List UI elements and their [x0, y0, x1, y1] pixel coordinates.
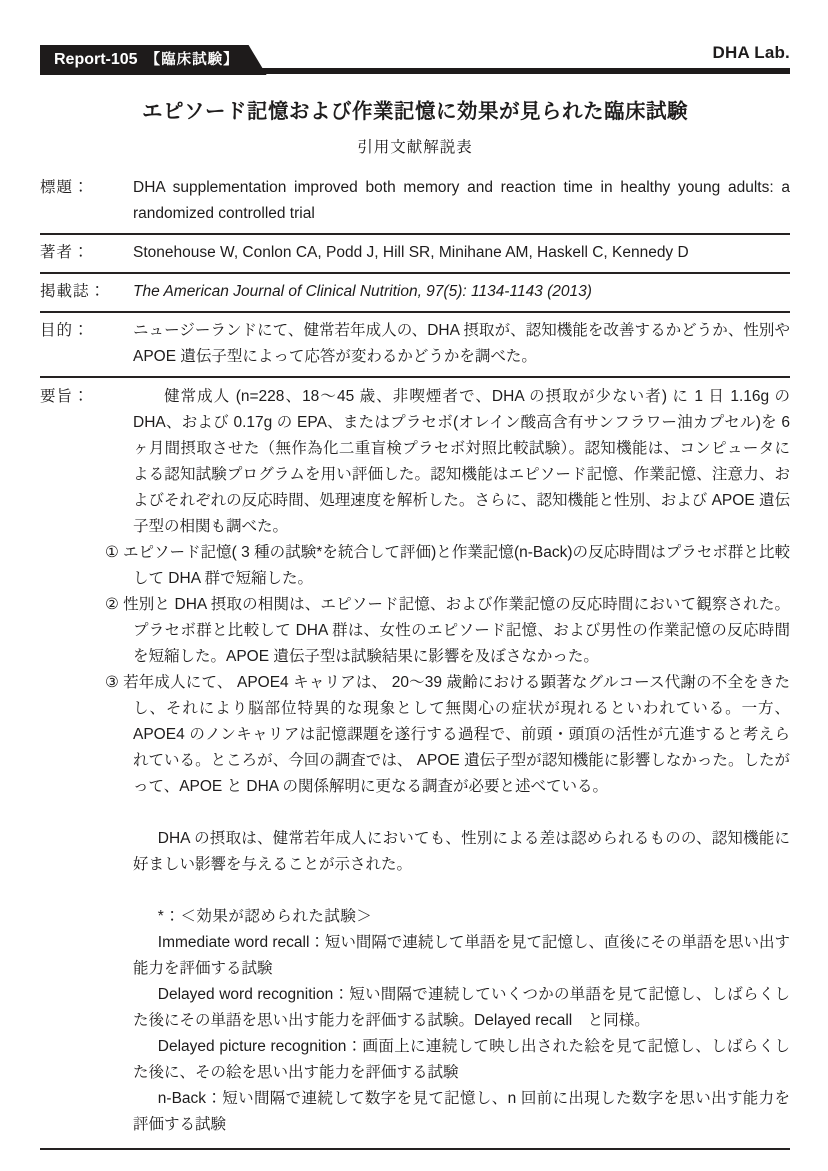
- report-number: Report-105: [54, 51, 138, 68]
- summary-numbered-item-3: ③若年成人にて、 APOE4 キャリアは、 20～39 歳齢における顕著なグルコ…: [133, 670, 790, 800]
- field-label-summary: 要旨：: [40, 384, 133, 1138]
- field-label-journal: 掲載誌：: [40, 279, 133, 305]
- item-2-text: 性別と DHA 摂取の相関は、エピソード記憶、および作業記憶の反応時間において観…: [123, 596, 790, 665]
- field-value-journal: The American Journal of Clinical Nutriti…: [133, 279, 790, 305]
- footnote-entry-n-back: n-Back：短い間隔で連続して数字を見て記憶し、n 回前に出現した数字を思い出…: [133, 1086, 790, 1138]
- page-title: エピソード記憶および作業記憶に効果が見られた臨床試験: [40, 99, 790, 125]
- footnote-entry-delayed-word-recognition: Delayed word recognition：短い間隔で連続していくつかの単…: [133, 982, 790, 1034]
- page-header: Report-105【臨床試験】 DHA Lab.: [40, 45, 790, 77]
- report-banner: Report-105【臨床試験】: [40, 45, 267, 75]
- brand-label: DHA Lab.: [713, 40, 790, 66]
- summary-intro-paragraph: 健常成人 (n=228、18～45 歳、非喫煙者で、DHA の摂取が少ない者) …: [133, 384, 790, 540]
- summary-numbered-item-2: ②性別と DHA 摂取の相関は、エピソード記憶、および作業記憶の反応時間において…: [133, 592, 790, 670]
- summary-body: 健常成人 (n=228、18～45 歳、非喫煙者で、DHA の摂取が少ない者) …: [133, 384, 790, 1138]
- field-label-authors: 著者：: [40, 240, 133, 266]
- footnote-entry-delayed-picture-recognition: Delayed picture recognition：画面上に連続して映し出さ…: [133, 1034, 790, 1086]
- item-3-text: 若年成人にて、 APOE4 キャリアは、 20～39 歳齢における顕著なグルコー…: [123, 674, 790, 795]
- item-1-text: エピソード記憶( 3 種の試験*を統合して評価)と作業記憶(n-Back)の反応…: [123, 544, 790, 587]
- header-rule-bar: [245, 68, 790, 74]
- footnote-entry-immediate-word-recall: Immediate word recall：短い間隔で連続して単語を見て記憶し、…: [133, 930, 790, 982]
- field-value-authors: Stonehouse W, Conlon CA, Podd J, Hill SR…: [133, 240, 790, 266]
- item-2-marker: ②: [105, 596, 119, 613]
- item-1-marker: ①: [105, 544, 119, 561]
- field-label-purpose: 目的：: [40, 318, 133, 370]
- field-row-journal: 掲載誌： The American Journal of Clinical Nu…: [40, 274, 790, 313]
- footnote-heading: *：＜効果が認められた試験＞: [133, 904, 790, 930]
- item-3-marker: ③: [105, 674, 119, 691]
- field-value-purpose: ニュージーランドにて、健常若年成人の、DHA 摂取が、認知機能を改善するかどうか…: [133, 318, 790, 370]
- field-row-authors: 著者： Stonehouse W, Conlon CA, Podd J, Hil…: [40, 235, 790, 274]
- report-category-tag: 【臨床試験】: [146, 52, 239, 68]
- field-label-title: 標題：: [40, 175, 133, 227]
- field-value-title: DHA supplementation improved both memory…: [133, 175, 790, 227]
- field-row-purpose: 目的： ニュージーランドにて、健常若年成人の、DHA 摂取が、認知機能を改善する…: [40, 313, 790, 378]
- citation-table: 標題： DHA supplementation improved both me…: [40, 173, 790, 1150]
- field-row-title: 標題： DHA supplementation improved both me…: [40, 173, 790, 235]
- page-subtitle: 引用文献解説表: [40, 135, 790, 161]
- field-row-summary: 要旨： 健常成人 (n=228、18～45 歳、非喫煙者で、DHA の摂取が少な…: [40, 378, 790, 1150]
- summary-numbered-item-1: ①エピソード記憶( 3 種の試験*を統合して評価)と作業記憶(n-Back)の反…: [133, 540, 790, 592]
- summary-conclusion-paragraph: DHA の摂取は、健常若年成人においても、性別による差は認められるものの、認知機…: [133, 826, 790, 878]
